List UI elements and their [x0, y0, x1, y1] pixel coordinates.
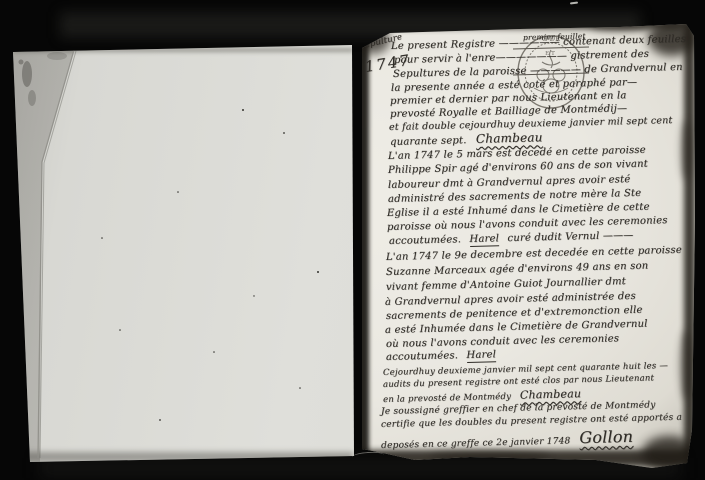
officiant-signature: Harel — [466, 349, 496, 363]
manuscript-line: accoutumées. Harel curé dudit Vernul ——— — [389, 230, 634, 247]
corner-stain-bottom-right — [642, 436, 696, 470]
line-text: curé dudit Vernul ——— — [507, 230, 633, 244]
edge-blotch-right-low — [680, 330, 692, 400]
manuscript-line: accoutumées. Harel — [386, 349, 501, 363]
manuscript-line: quarante sept. Chambeau — [390, 130, 543, 148]
manuscript-line: où nous l'avons conduit avec les ceremon… — [386, 333, 619, 350]
line-text: quarante sept. — [390, 135, 467, 148]
gutter-shadow — [356, 26, 369, 454]
line-text: accoutumées. — [386, 350, 458, 363]
microfilm-scan: ·G·DE· ET Sepulture 1747 premier feuille… — [0, 0, 705, 480]
line-text: en la prevosté de Montmédy — [383, 392, 511, 405]
signature-flourish: Gollon — [579, 427, 633, 447]
page-edge-stain-right — [684, 24, 695, 468]
officiant-signature: Harel — [469, 233, 499, 247]
manuscript-line: Suzanne Marceaux agée d'environs 49 ans … — [386, 261, 649, 278]
signature: Chambeau — [476, 130, 543, 146]
manuscript-line: deposés en ce greffe ce 2e janvier 1748 … — [381, 427, 634, 452]
scan-bottom-band — [40, 458, 680, 478]
manuscript-line: Philippe Spir agé d'environs 60 ans de s… — [388, 159, 648, 176]
line-text: deposés en ce greffe ce 2e janvier 1748 — [381, 436, 571, 451]
edge-blotch-right-mid — [681, 120, 691, 180]
line-text: accoutumées. — [389, 234, 461, 247]
signature: Chambeau — [520, 387, 582, 401]
scan-speck — [570, 1, 578, 4]
manuscript-line: vivant femme d'Antoine Guiot Journallier… — [386, 276, 626, 293]
ink-specks — [101, 109, 319, 421]
